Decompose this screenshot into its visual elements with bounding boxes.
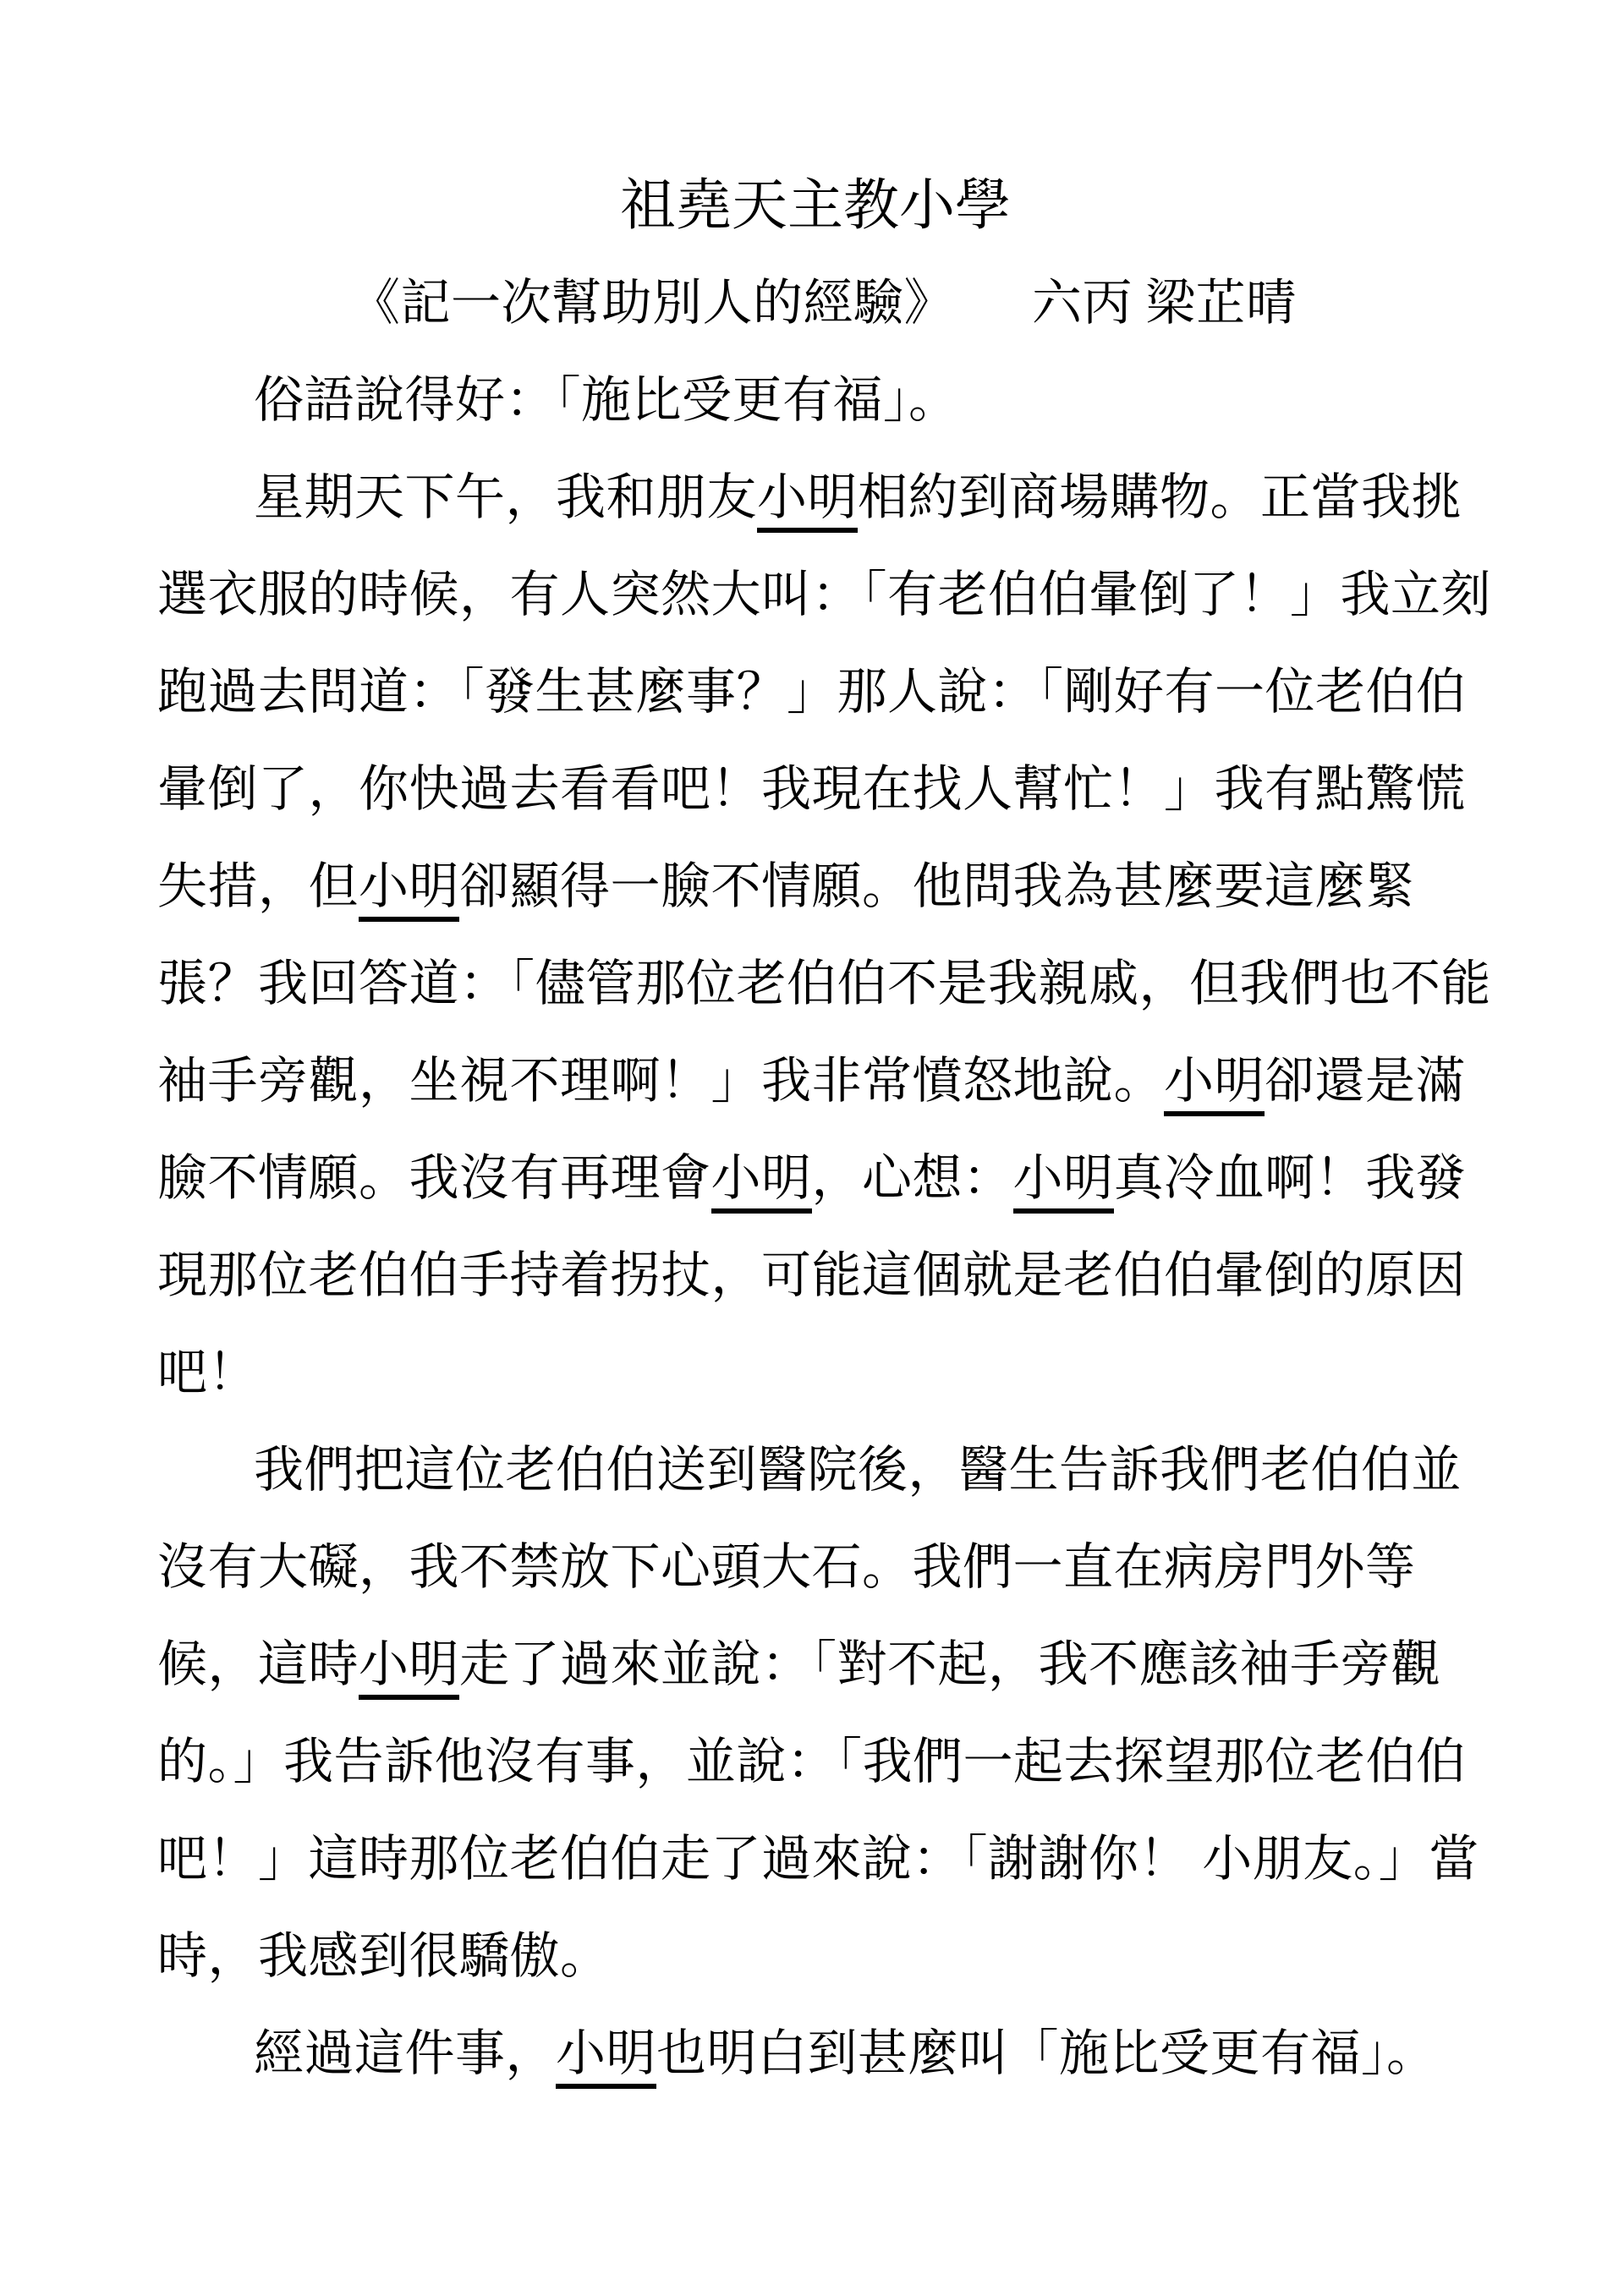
text-segment: 吧！: [157, 1345, 258, 1400]
text-segment: 失措，但: [157, 858, 359, 914]
text-segment: 候，這時: [157, 1636, 359, 1692]
underlined-name: 小明: [1013, 1150, 1114, 1214]
essay-title-line: 《記一次幫助別人的經驗》六丙 梁芷晴: [157, 255, 1473, 352]
text-segment: 星期天下午，我和朋友: [254, 469, 757, 525]
essay-author: 六丙 梁芷晴: [1032, 275, 1297, 331]
text-segment: 也明白到甚麼叫「施比受更有福」。: [656, 2025, 1437, 2081]
text-segment: 我們把這位老伯伯送到醫院後，醫生告訴我們老伯伯並: [254, 1442, 1462, 1498]
text-line: 吧！」這時那位老伯伯走了過來說：「謝謝你！ 小朋友。」當: [157, 1811, 1473, 1908]
text-line: 候，這時小明走了過來並說：「對不起，我不應該袖手旁觀: [157, 1616, 1473, 1713]
text-line: 臉不情願。我沒有再理會小明，心想：小明真冷血啊！我發: [157, 1130, 1473, 1227]
underlined-name: 小明: [1164, 1053, 1265, 1116]
text-line: 俗語說得好：「施比受更有福」。: [157, 352, 1473, 449]
text-segment: 經過這件事，: [254, 2025, 556, 2081]
text-segment: 選衣服的時候，有人突然大叫：「有老伯伯暈倒了！」我立刻: [157, 567, 1491, 622]
text-segment: 張？我回答道：「儘管那位老伯伯不是我親戚，但我們也不能: [157, 956, 1491, 1011]
document-page: 祖堯天主教小學 《記一次幫助別人的經驗》六丙 梁芷晴 俗語說得好：「施比受更有福…: [0, 0, 1624, 2296]
text-line: 選衣服的時候，有人突然大叫：「有老伯伯暈倒了！」我立刻: [157, 546, 1473, 644]
text-line: 張？我回答道：「儘管那位老伯伯不是我親戚，但我們也不能: [157, 935, 1473, 1033]
text-line: 跑過去問道：「發生甚麼事？」那人說：「剛好有一位老伯伯: [157, 644, 1473, 741]
text-line: 袖手旁觀，坐視不理啊！」我非常憤怒地說。小明卻還是滿: [157, 1033, 1473, 1130]
text-segment: 臉不情願。我沒有再理會: [157, 1150, 711, 1206]
essay-content: 祖堯天主教小學 《記一次幫助別人的經驗》六丙 梁芷晴 俗語說得好：「施比受更有福…: [157, 157, 1473, 2102]
essay-body: 俗語說得好：「施比受更有福」。星期天下午，我和朋友小明相約到商場購物。正當我挑選…: [157, 352, 1473, 2102]
text-segment: 俗語說得好：「施比受更有福」。: [254, 372, 959, 428]
text-segment: 卻還是滿: [1265, 1053, 1466, 1109]
text-line: 的。」我告訴他沒有事，並說：「我們一起去探望那位老伯伯: [157, 1713, 1473, 1811]
text-line: 時，我感到很驕傲。: [157, 1908, 1473, 2005]
text-segment: 時，我感到很驕傲。: [157, 1928, 611, 1984]
text-line: 失措，但小明卻顯得一臉不情願。他問我為甚麼要這麼緊: [157, 838, 1473, 935]
underlined-name: 小明: [359, 858, 459, 922]
text-line: 吧！: [157, 1324, 1473, 1422]
essay-title: 《記一次幫助別人的經驗》: [350, 275, 954, 331]
text-segment: 現那位老伯伯手持着拐扙，可能這個就是老伯伯暈倒的原因: [157, 1247, 1466, 1303]
text-segment: 沒有大礙，我不禁放下心頭大石。我們一直在病房門外等: [157, 1539, 1416, 1595]
text-segment: 袖手旁觀，坐視不理啊！」我非常憤怒地說。: [157, 1053, 1164, 1109]
text-line: 星期天下午，我和朋友小明相約到商場購物。正當我挑: [157, 449, 1473, 546]
underlined-name: 小明: [711, 1150, 812, 1214]
text-segment: 真冷血啊！我發: [1114, 1150, 1467, 1206]
text-segment: 相約到商場購物。正當我挑: [858, 469, 1462, 525]
text-segment: 走了過來並說：「對不起，我不應該袖手旁觀: [459, 1636, 1441, 1692]
text-line: 我們把這位老伯伯送到醫院後，醫生告訴我們老伯伯並: [157, 1422, 1473, 1519]
underlined-name: 小明: [556, 2025, 656, 2089]
underlined-name: 小明: [359, 1636, 459, 1700]
text-segment: 的。」我告訴他沒有事，並說：「我們一起去探望那位老伯伯: [157, 1734, 1467, 1789]
text-segment: 跑過去問道：「發生甚麼事？」那人說：「剛好有一位老伯伯: [157, 664, 1467, 720]
text-line: 經過這件事，小明也明白到甚麼叫「施比受更有福」。: [157, 2005, 1473, 2102]
text-segment: 卻顯得一臉不情願。他問我為甚麼要這麼緊: [459, 858, 1416, 914]
school-name: 祖堯天主教小學: [157, 157, 1473, 255]
text-line: 暈倒了，你快過去看看吧！我現在找人幫忙！」我有點驚慌: [157, 741, 1473, 838]
text-segment: ，心想：: [812, 1150, 1013, 1206]
text-segment: 吧！」這時那位老伯伯走了過來說：「謝謝你！ 小朋友。」當: [157, 1831, 1479, 1887]
text-line: 現那位老伯伯手持着拐扙，可能這個就是老伯伯暈倒的原因: [157, 1227, 1473, 1324]
underlined-name: 小明: [757, 469, 858, 533]
text-segment: 暈倒了，你快過去看看吧！我現在找人幫忙！」我有點驚慌: [157, 761, 1466, 817]
text-line: 沒有大礙，我不禁放下心頭大石。我們一直在病房門外等: [157, 1519, 1473, 1616]
